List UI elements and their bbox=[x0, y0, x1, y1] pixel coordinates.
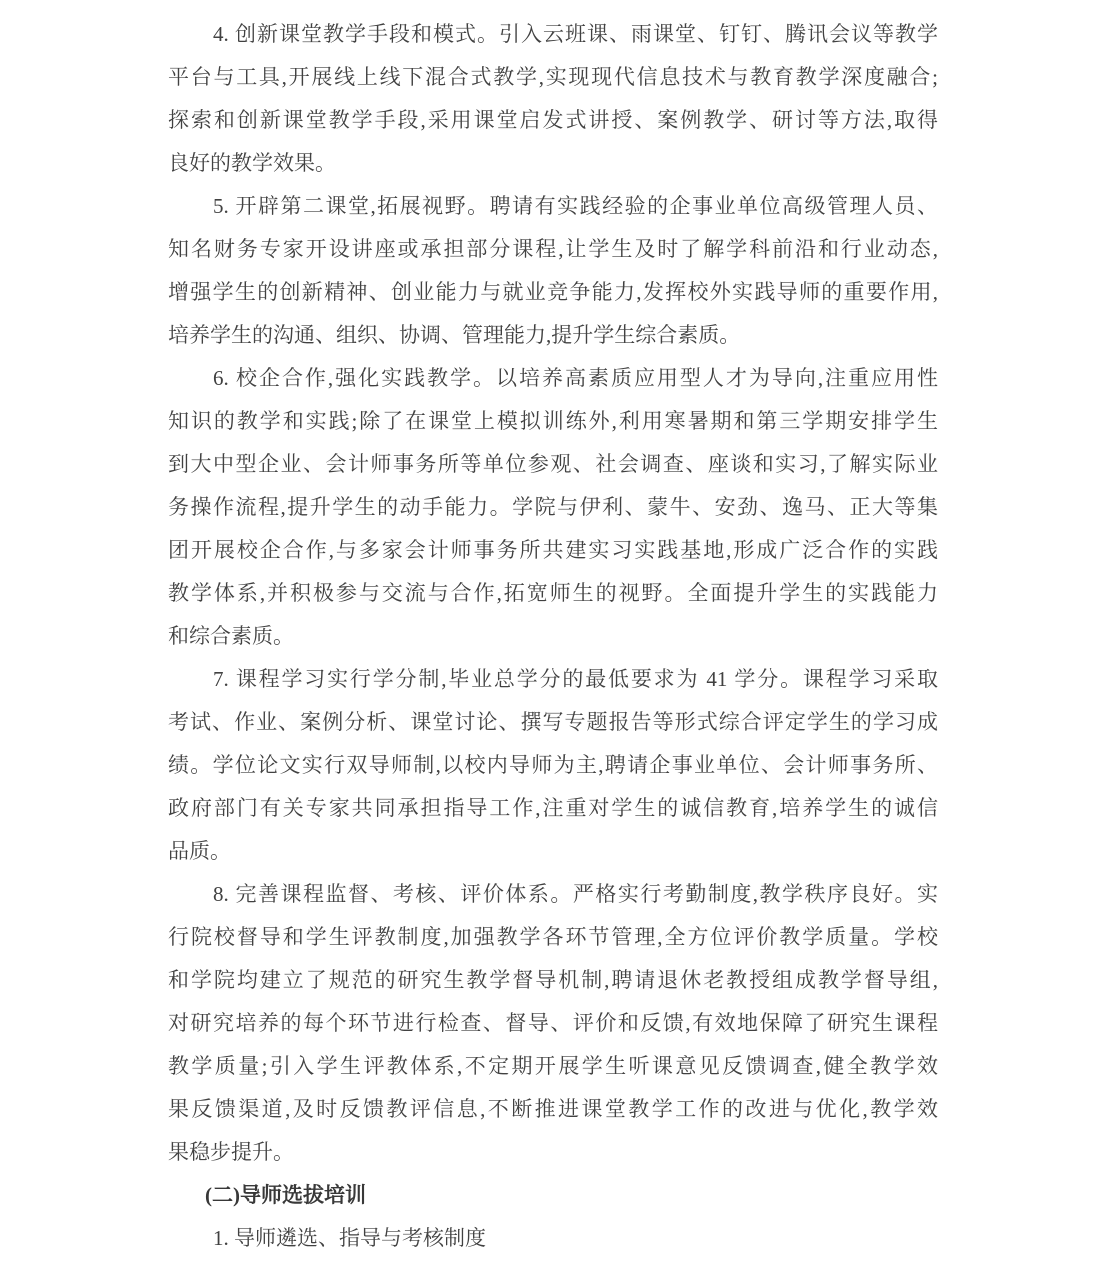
paragraph: 1. 导师遴选、指导与考核制度 bbox=[168, 1217, 938, 1260]
text-line: 培养学生的沟通、组织、协调、管理能力,提升学生综合素质。 bbox=[168, 314, 938, 357]
text-line: 考试、作业、案例分析、课堂讨论、撰写专题报告等形式综合评定学生的学习成 bbox=[168, 701, 938, 744]
text-line: 品质。 bbox=[168, 830, 938, 873]
text-line: 7. 课程学习实行学分制,毕业总学分的最低要求为 41 学分。课程学习采取 bbox=[168, 658, 938, 701]
text-line: 绩。学位论文实行双导师制,以校内导师为主,聘请企事业单位、会计师事务所、 bbox=[168, 744, 938, 787]
text-line: 教学质量;引入学生评教体系,不定期开展学生听课意见反馈调查,健全教学效 bbox=[168, 1045, 938, 1088]
text-line: 6. 校企合作,强化实践教学。以培养高素质应用型人才为导向,注重应用性 bbox=[168, 357, 938, 400]
paragraph: 4. 创新课堂教学手段和模式。引入云班课、雨课堂、钉钉、腾讯会议等教学平台与工具… bbox=[168, 13, 938, 185]
text-line: 果稳步提升。 bbox=[168, 1131, 938, 1174]
text-line: 政府部门有关专家共同承担指导工作,注重对学生的诚信教育,培养学生的诚信 bbox=[168, 787, 938, 830]
text-line: 5. 开辟第二课堂,拓展视野。聘请有实践经验的企事业单位高级管理人员、 bbox=[168, 185, 938, 228]
text-line: 果反馈渠道,及时反馈教评信息,不断推进课堂教学工作的改进与优化,教学效 bbox=[168, 1088, 938, 1131]
paragraph: 7. 课程学习实行学分制,毕业总学分的最低要求为 41 学分。课程学习采取考试、… bbox=[168, 658, 938, 873]
text-line: 知识的教学和实践;除了在课堂上模拟训练外,利用寒暑期和第三学期安排学生 bbox=[168, 400, 938, 443]
text-line: 行院校督导和学生评教制度,加强教学各环节管理,全方位评价教学质量。学校 bbox=[168, 916, 938, 959]
document-page: 4. 创新课堂教学手段和模式。引入云班课、雨课堂、钉钉、腾讯会议等教学平台与工具… bbox=[0, 0, 1102, 1268]
paragraph: 5. 开辟第二课堂,拓展视野。聘请有实践经验的企事业单位高级管理人员、知名财务专… bbox=[168, 185, 938, 357]
text-line: 知名财务专家开设讲座或承担部分课程,让学生及时了解学科前沿和行业动态, bbox=[168, 228, 938, 271]
text-line: 和学院均建立了规范的研究生教学督导机制,聘请退休老教授组成教学督导组, bbox=[168, 959, 938, 1002]
text-line: 平台与工具,开展线上线下混合式教学,实现现代信息技术与教育教学深度融合; bbox=[168, 56, 938, 99]
section-heading: (二)导师选拔培训 bbox=[168, 1174, 938, 1217]
text-line: 8. 完善课程监督、考核、评价体系。严格实行考勤制度,教学秩序良好。实 bbox=[168, 873, 938, 916]
text-line: 良好的教学效果。 bbox=[168, 142, 938, 185]
paragraph: 6. 校企合作,强化实践教学。以培养高素质应用型人才为导向,注重应用性知识的教学… bbox=[168, 357, 938, 658]
text-line: 增强学生的创新精神、创业能力与就业竞争能力,发挥校外实践导师的重要作用, bbox=[168, 271, 938, 314]
text-line: 探索和创新课堂教学手段,采用课堂启发式讲授、案例教学、研讨等方法,取得 bbox=[168, 99, 938, 142]
text-line: 和综合素质。 bbox=[168, 615, 938, 658]
section-heading-text: (二)导师选拔培训 bbox=[168, 1174, 938, 1217]
text-line: 教学体系,并积极参与交流与合作,拓宽师生的视野。全面提升学生的实践能力 bbox=[168, 572, 938, 615]
text-line: 1. 导师遴选、指导与考核制度 bbox=[168, 1217, 938, 1260]
text-line: 团开展校企合作,与多家会计师事务所共建实习实践基地,形成广泛合作的实践 bbox=[168, 529, 938, 572]
text-line: 到大中型企业、会计师事务所等单位参观、社会调查、座谈和实习,了解实际业 bbox=[168, 443, 938, 486]
paragraph: 8. 完善课程监督、考核、评价体系。严格实行考勤制度,教学秩序良好。实行院校督导… bbox=[168, 873, 938, 1174]
text-line: 对研究培养的每个环节进行检查、督导、评价和反馈,有效地保障了研究生课程 bbox=[168, 1002, 938, 1045]
text-line: 务操作流程,提升学生的动手能力。学院与伊利、蒙牛、安劲、逸马、正大等集 bbox=[168, 486, 938, 529]
text-line: 4. 创新课堂教学手段和模式。引入云班课、雨课堂、钉钉、腾讯会议等教学 bbox=[168, 13, 938, 56]
document-text-block: 4. 创新课堂教学手段和模式。引入云班课、雨课堂、钉钉、腾讯会议等教学平台与工具… bbox=[168, 13, 938, 1260]
